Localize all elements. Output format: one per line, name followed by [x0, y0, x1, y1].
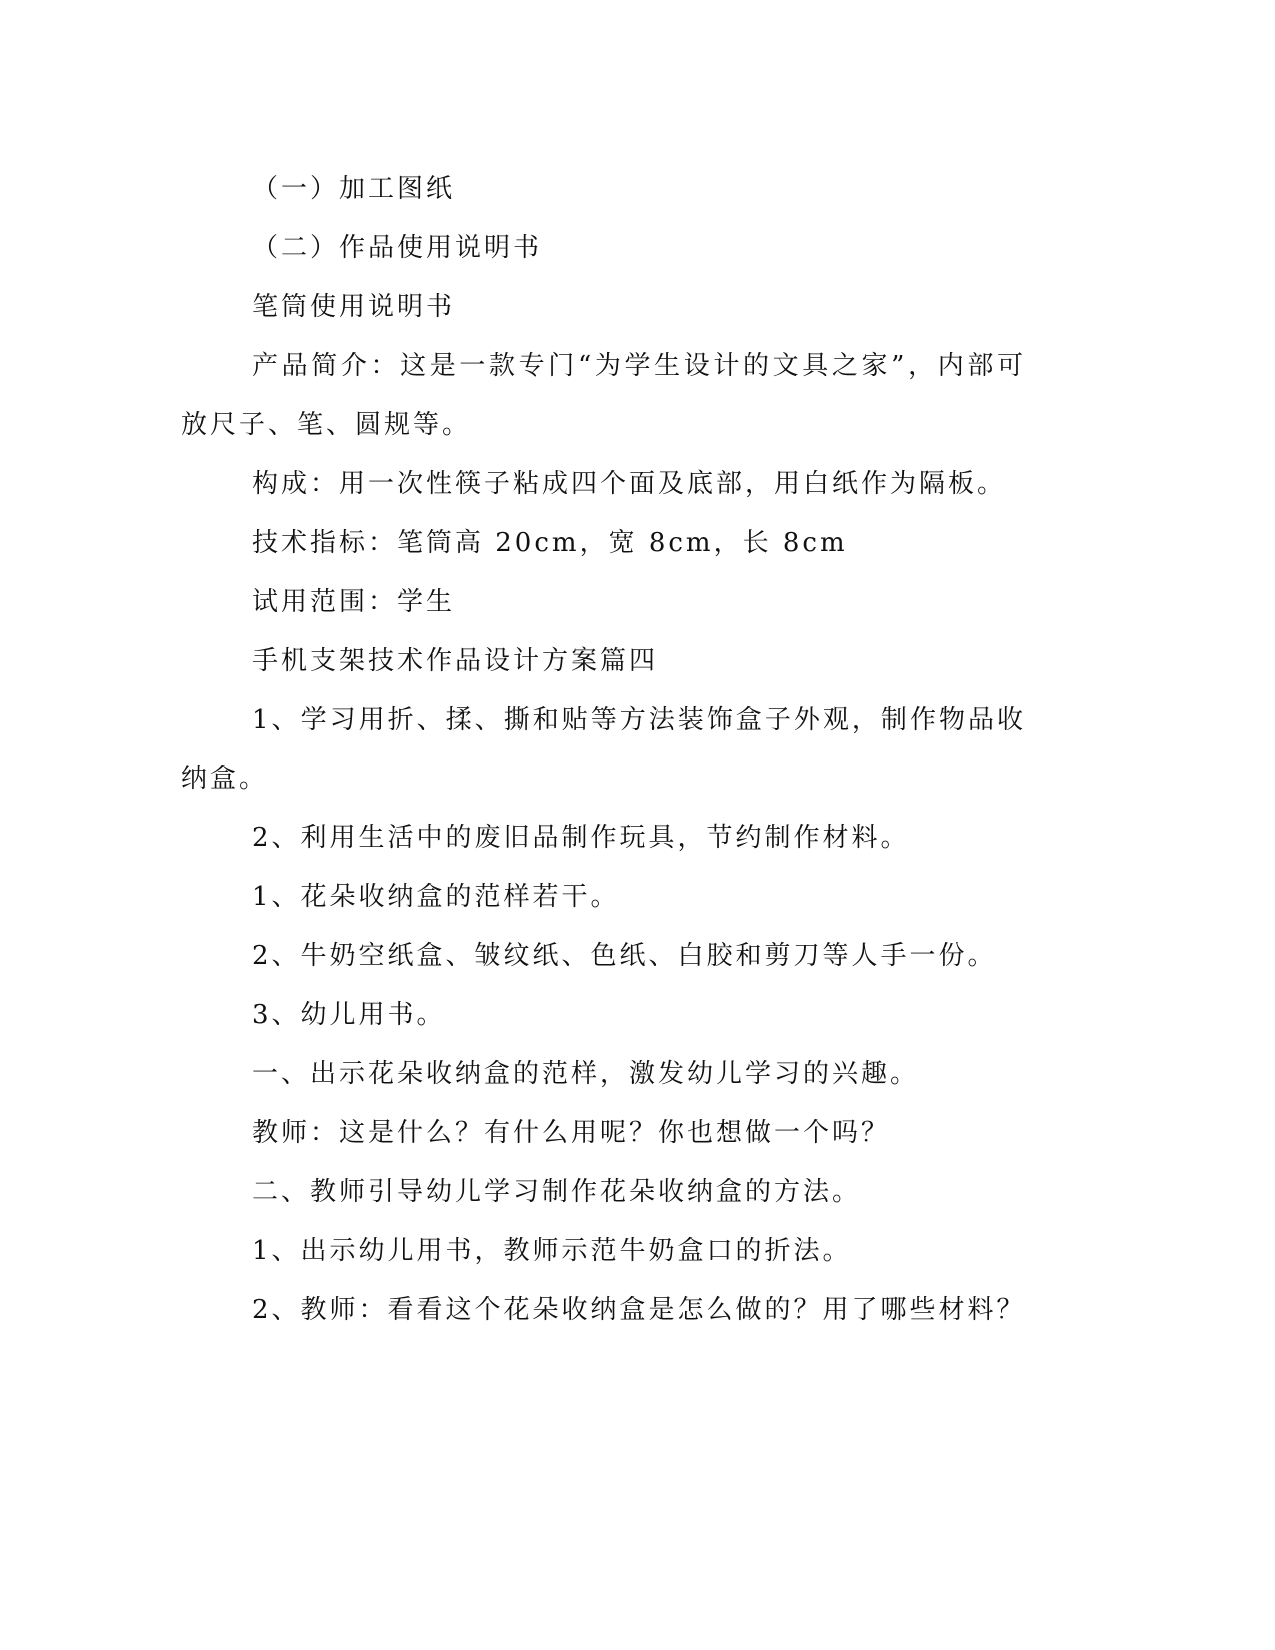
- product-intro: 产品简介：这是一款专门“为学生设计的文具之家”，内部可放尺子、笔、圆规等。: [181, 337, 1026, 455]
- usage-scope: 试用范围：学生: [181, 573, 1026, 632]
- process-step-1: 一、出示花朵收纳盒的范样，激发幼儿学习的兴趣。: [181, 1045, 1026, 1104]
- section-title-part-four: 手机支架技术作品设计方案篇四: [181, 632, 1026, 691]
- technical-specs: 技术指标：笔筒高 20cm，宽 8cm，长 8cm: [181, 514, 1026, 573]
- material-item-2: 2、牛奶空纸盒、皱纹纸、色纸、白胶和剪刀等人手一份。: [181, 927, 1026, 986]
- material-item-3: 3、幼儿用书。: [181, 986, 1026, 1045]
- goal-item-2: 2、利用生活中的废旧品制作玩具，节约制作材料。: [181, 809, 1026, 868]
- substep-1: 1、出示幼儿用书，教师示范牛奶盒口的折法。: [181, 1222, 1026, 1281]
- teacher-question: 教师：这是什么？有什么用呢？你也想做一个吗？: [181, 1104, 1026, 1163]
- goal-item-1: 1、学习用折、揉、撕和贴等方法装饰盒子外观，制作物品收纳盒。: [181, 691, 1026, 809]
- substep-2: 2、教师：看看这个花朵收纳盒是怎么做的？用了哪些材料？: [181, 1281, 1026, 1340]
- heading-processing-drawing: （一）加工图纸: [181, 160, 1026, 219]
- heading-product-manual: （二）作品使用说明书: [181, 219, 1026, 278]
- pen-holder-manual-title: 笔筒使用说明书: [181, 278, 1026, 337]
- material-item-1: 1、花朵收纳盒的范样若干。: [181, 868, 1026, 927]
- composition: 构成：用一次性筷子粘成四个面及底部，用白纸作为隔板。: [181, 455, 1026, 514]
- process-step-2: 二、教师引导幼儿学习制作花朵收纳盒的方法。: [181, 1163, 1026, 1222]
- document-page: （一）加工图纸 （二）作品使用说明书 笔筒使用说明书 产品简介：这是一款专门“为…: [181, 160, 1026, 1340]
